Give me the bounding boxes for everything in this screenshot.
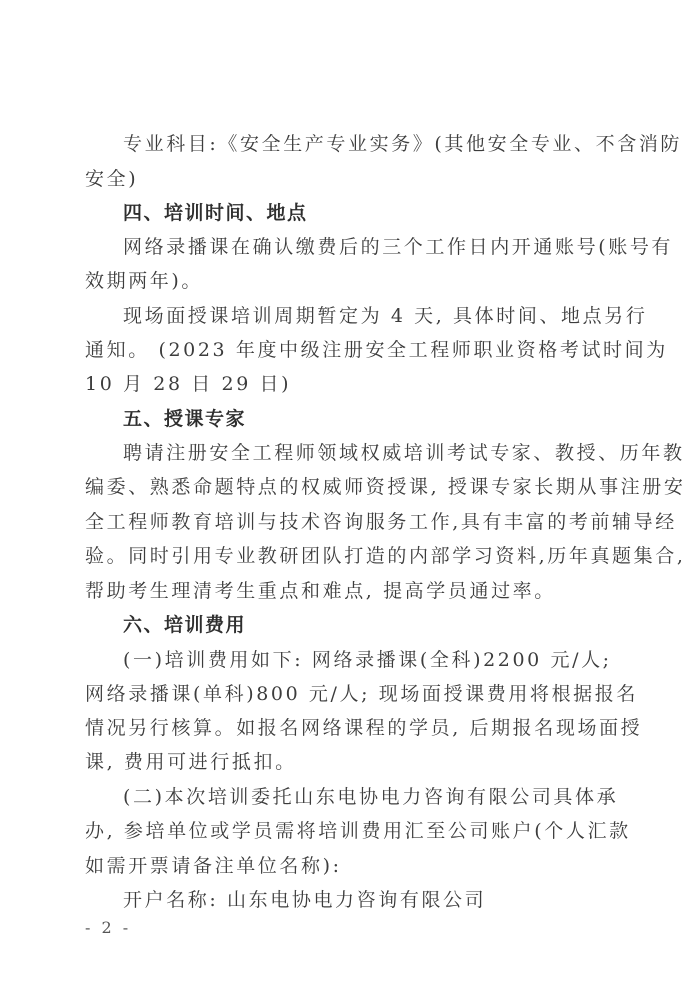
section-heading: 六、培训费用 <box>123 608 246 642</box>
page-number: - 2 - <box>85 918 131 937</box>
paragraph-line: 验。同时引用专业教研团队打造的内部学习资料,历年真题集合, <box>85 539 600 573</box>
paragraph-line: 编委、熟悉命题特点的权威师资授课, 授课专家长期从事注册安 <box>85 470 600 504</box>
paragraph-line: (二)本次培训委托山东电协电力咨询有限公司具体承 <box>123 780 600 814</box>
paragraph-line: (一)培训费用如下: 网络录播课(全科)2200 元/人; <box>123 643 600 677</box>
paragraph-line: 如需开票请备注单位名称): <box>85 849 342 883</box>
paragraph-line: 网络录播课(单科)800 元/人; 现场面授课费用将根据报名 <box>85 677 600 711</box>
paragraph-line: 通知。 (2023 年度中级注册安全工程师职业资格考试时间为 <box>85 333 600 367</box>
paragraph-line: 聘请注册安全工程师领域权威培训考试专家、教授、历年教 <box>123 436 600 470</box>
paragraph-line: 安全) <box>85 162 138 196</box>
paragraph-line: 专业科目:《安全生产专业实务》(其他安全专业、不含消防 <box>123 127 600 161</box>
section-heading: 四、培训时间、地点 <box>123 196 308 230</box>
paragraph-line: 现场面授课培训周期暂定为 4 天, 具体时间、地点另行 <box>123 299 600 333</box>
paragraph-line: 全工程师教育培训与技术咨询服务工作,具有丰富的考前辅导经 <box>85 505 600 539</box>
paragraph-line: 帮助考生理清考生重点和难点, 提高学员通过率。 <box>85 574 556 608</box>
paragraph-line: 10 月 28 日 29 日) <box>85 367 291 401</box>
paragraph-line: 开户名称: 山东电协电力咨询有限公司 <box>123 883 486 917</box>
paragraph-line: 效期两年)。 <box>85 264 203 298</box>
paragraph-line: 办, 参培单位或学员需将培训费用汇至公司账户(个人汇款 <box>85 814 600 848</box>
section-heading: 五、授课专家 <box>123 402 246 436</box>
paragraph-line: 情况另行核算。如报名网络课程的学员, 后期报名现场面授 <box>85 711 600 745</box>
paragraph-line: 课, 费用可进行抵扣。 <box>85 745 297 779</box>
paragraph-line: 网络录播课在确认缴费后的三个工作日内开通账号(账号有 <box>123 230 600 264</box>
